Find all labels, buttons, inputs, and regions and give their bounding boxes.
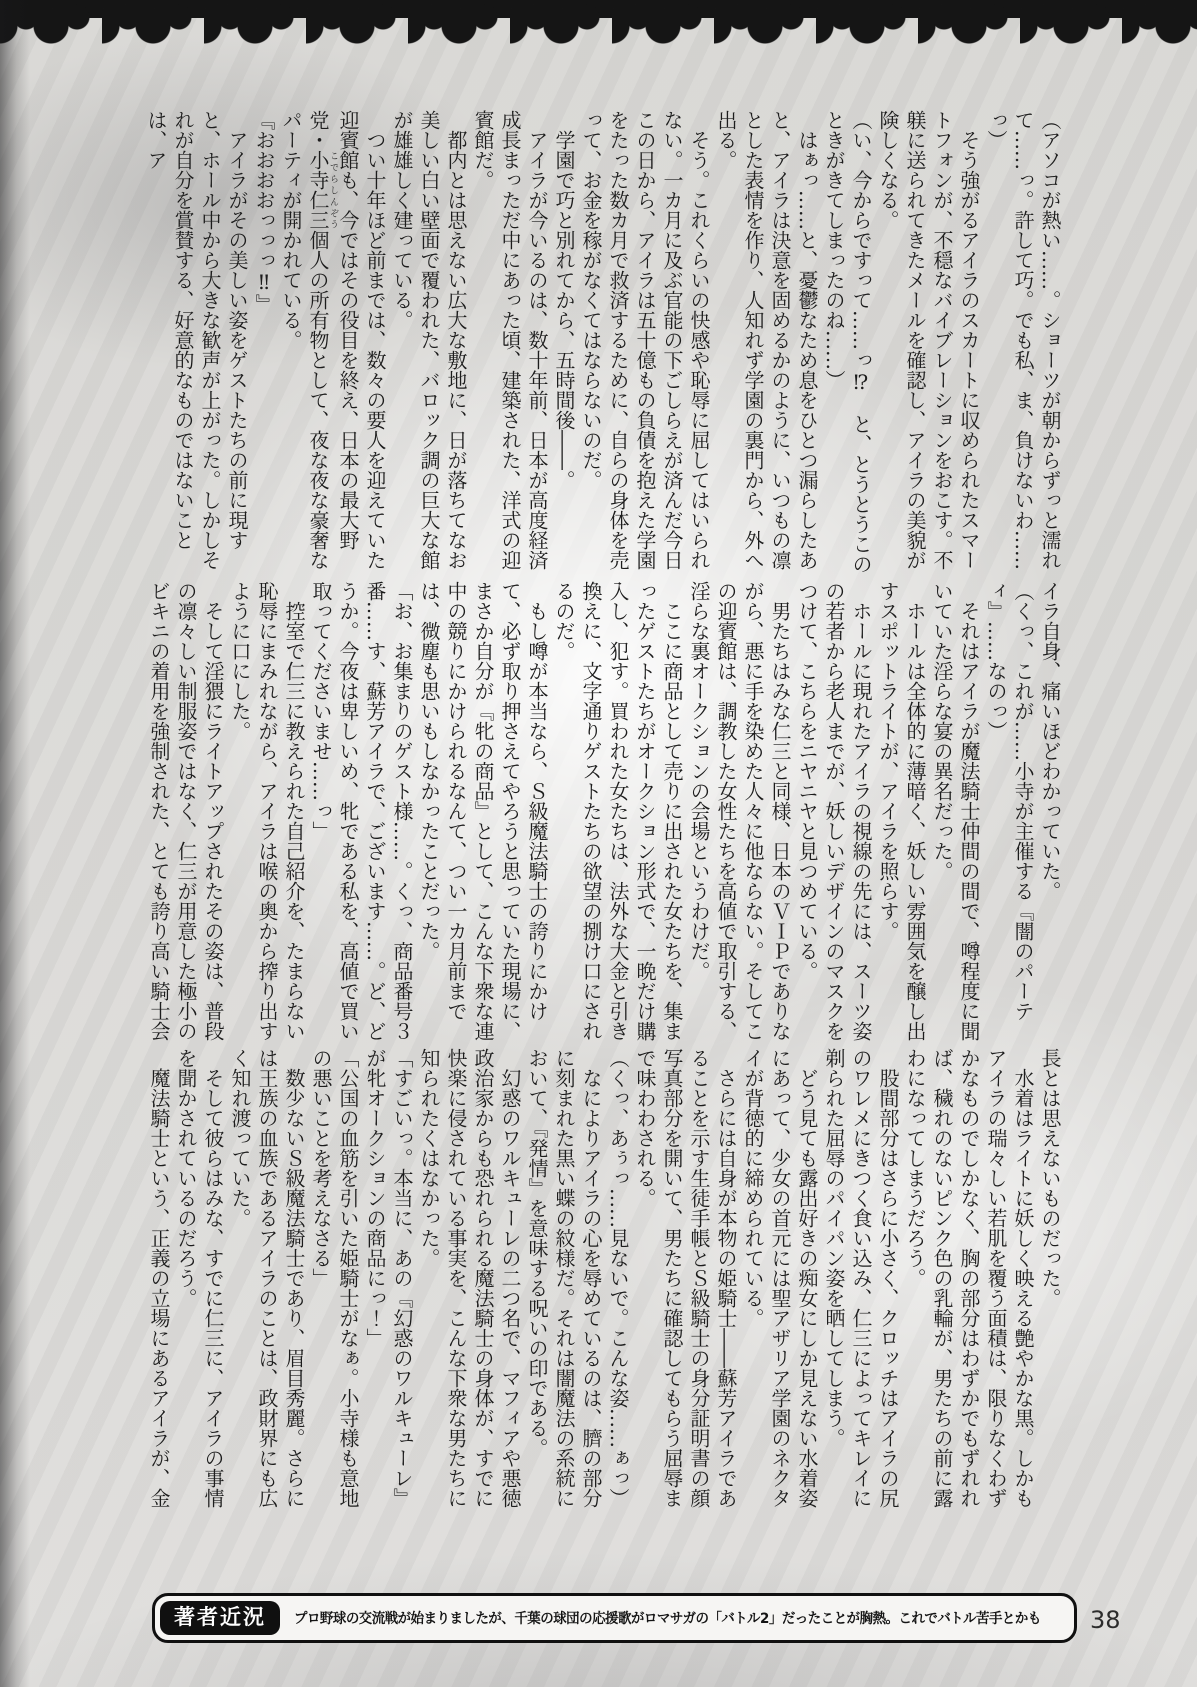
text-row-middle: イラ自身、痛いほどわかっていた。（くっ、これが……小寺が主催する『闇のパーティ』… xyxy=(119,581,1063,1046)
paragraph: 「すごいっ。本当に、あの『幻惑のワルキューレ』が牝オークションの商品にっ！」 xyxy=(361,1048,415,1513)
paragraph: 水着はライトに妖しく映える艶やかな黒。しかもアイラの瑞々しい若肌を覆う面積は、限… xyxy=(901,1048,1036,1513)
lace-border-decoration xyxy=(0,0,1197,54)
paragraph: つい十年ほど前までは、数々の要人を迎えていた迎賓館も、今ではその役目を終え、日本… xyxy=(277,110,388,575)
paragraph: イラ自身、痛いほどわかっていた。 xyxy=(1036,581,1063,1046)
paragraph: 幻惑のワルキューレの二つ名で、マフィアや悪徳政治家からも恐れられる魔法騎士の身体… xyxy=(415,1048,523,1513)
paragraph: 控室で仁三に教えられた自己紹介を、たまらない恥辱にまみれながら、アイラは喉の奥か… xyxy=(226,581,307,1046)
paragraph: アイラが今いるのは、数十年前、日本が高度経済成長まっただ中にあった頃、建築された… xyxy=(469,110,550,575)
paragraph: そう。これくらいの快感や恥辱に屈してはいられない。一カ月に及ぶ官能の下ごしらえが… xyxy=(577,110,712,575)
text-row-bottom: 長とは思えないものだった。 水着はライトに妖しく映える艶やかな黒。しかもアイラの… xyxy=(119,1048,1063,1513)
paragraph: 男たちはみな仁三と同様、日本のＶＩＰでありながら、悪に手を染めた人々に他ならない… xyxy=(685,581,793,1046)
paragraph: 学園で巧と別れてから、五時間後――。 xyxy=(550,110,577,575)
page-binding-shadow xyxy=(0,0,30,1687)
paragraph: 『おおおおっっっ‼』 xyxy=(250,110,277,575)
paragraph: もし噂が本当なら、Ｓ級魔法騎士の誇りにかけて、必ず取り押さえてやろうと思っていた… xyxy=(415,581,550,1046)
paragraph: さらには自身が本物の姫騎士――蘇芳アイラであることを示す生徒手帳とＳ級騎士の身分… xyxy=(631,1048,739,1513)
paragraph: 「お、お集まりのゲスト様……。くっ、商品番号３番……す、蘇芳アイラで、ございます… xyxy=(307,581,415,1046)
paragraph: それはアイラが魔法騎士仲間の間で、噂程度に聞いていた淫らな宴の異名だった。 xyxy=(928,581,982,1046)
author-note-bar: 著者近況 プロ野球の交流戦が始まりましたが、千葉の球団の応援歌がロマサガの「バト… xyxy=(152,1593,1077,1643)
paragraph: 都内とは思えない広大な敷地に、日が落ちてなお美しい白い壁面で覆われた、バロック調… xyxy=(388,110,469,575)
novel-page: （アソコが熱い……。ショーツが朝からずっと濡れて……っ。許して巧。でも私、ま、負… xyxy=(0,0,1197,1687)
paragraph: （くっ、あぅっ……見ないで。こんな姿……ぁっ） xyxy=(604,1048,631,1513)
paragraph: 長とは思えないものだった。 xyxy=(1036,1048,1063,1513)
paragraph: どう見ても露出好きの痴女にしか見えない水着姿にあって、少女の首元には聖アザリア学… xyxy=(739,1048,820,1513)
text-row-top: （アソコが熱い……。ショーツが朝からずっと濡れて……っ。許して巧。でも私、ま、負… xyxy=(119,110,1063,575)
paragraph: 「公国の血筋を引いた姫騎士がなぁ。小寺様も意地の悪いことを考えなさる」 xyxy=(307,1048,361,1513)
paragraph: そして淫猥にライトアップされたその姿は、普段の凛々しい制服姿ではなく、仁三が用意… xyxy=(145,581,226,1046)
paragraph: 股間部分はさらに小さく、クロッチはアイラの尻のワレメにきつく食い込み、仁三によっ… xyxy=(820,1048,901,1513)
paragraph: 魔法騎士という、正義の立場にあるアイラが、金 xyxy=(145,1048,172,1513)
paragraph: ここに商品として売りに出された女たちを、集まったゲストたちがオークション形式で、… xyxy=(550,581,685,1046)
paragraph: （くっ、これが……小寺が主催する『闇のパーティ』……なのっ） xyxy=(982,581,1036,1046)
author-note-label: 著者近況 xyxy=(160,1601,280,1634)
paragraph: ホールは全体的に薄暗く、妖しい雰囲気を醸し出すスポットライトが、アイラを照らす。 xyxy=(874,581,928,1046)
paragraph: はぁっ……と、憂鬱なため息をひとつ漏らしたあと、アイラは決意を固めるかのように、… xyxy=(712,110,820,575)
paragraph: そして彼らはみな、すでに仁三に、アイラの事情を聞かされているのだろう。 xyxy=(172,1048,226,1513)
author-note-text: プロ野球の交流戦が始まりましたが、千葉の球団の応援歌がロマサガの「バトル2」だっ… xyxy=(294,1608,1043,1628)
paragraph: そう強がるアイラのスカートに収められたスマートフォンが、不穏なバイブレーションを… xyxy=(874,110,982,575)
paragraph: アイラがその美しい姿をゲストたちの前に現すと、ホール中から大きな歓声が上がった。… xyxy=(142,110,250,575)
paragraph: 数少ないＳ級魔法騎士であり、眉目秀麗。さらには王族の血族であるアイラのことは、政… xyxy=(226,1048,307,1513)
paragraph: なによりアイラの心を辱めているのは、臍の部分に刻まれた黒い蝶の紋様だ。それは闇魔… xyxy=(523,1048,604,1513)
paragraph: ホールに現れたアイラの視線の先には、スーツ姿の若者から老人までが、妖しいデザイン… xyxy=(793,581,874,1046)
page-number: 38 xyxy=(1090,1606,1121,1634)
paragraph: （い、今からですって……っ⁉ と、とうとうこのときがきてしまったのね……） xyxy=(820,110,874,575)
paragraph: （アソコが熱い……。ショーツが朝からずっと濡れて……っ。許して巧。でも私、ま、負… xyxy=(982,110,1063,575)
